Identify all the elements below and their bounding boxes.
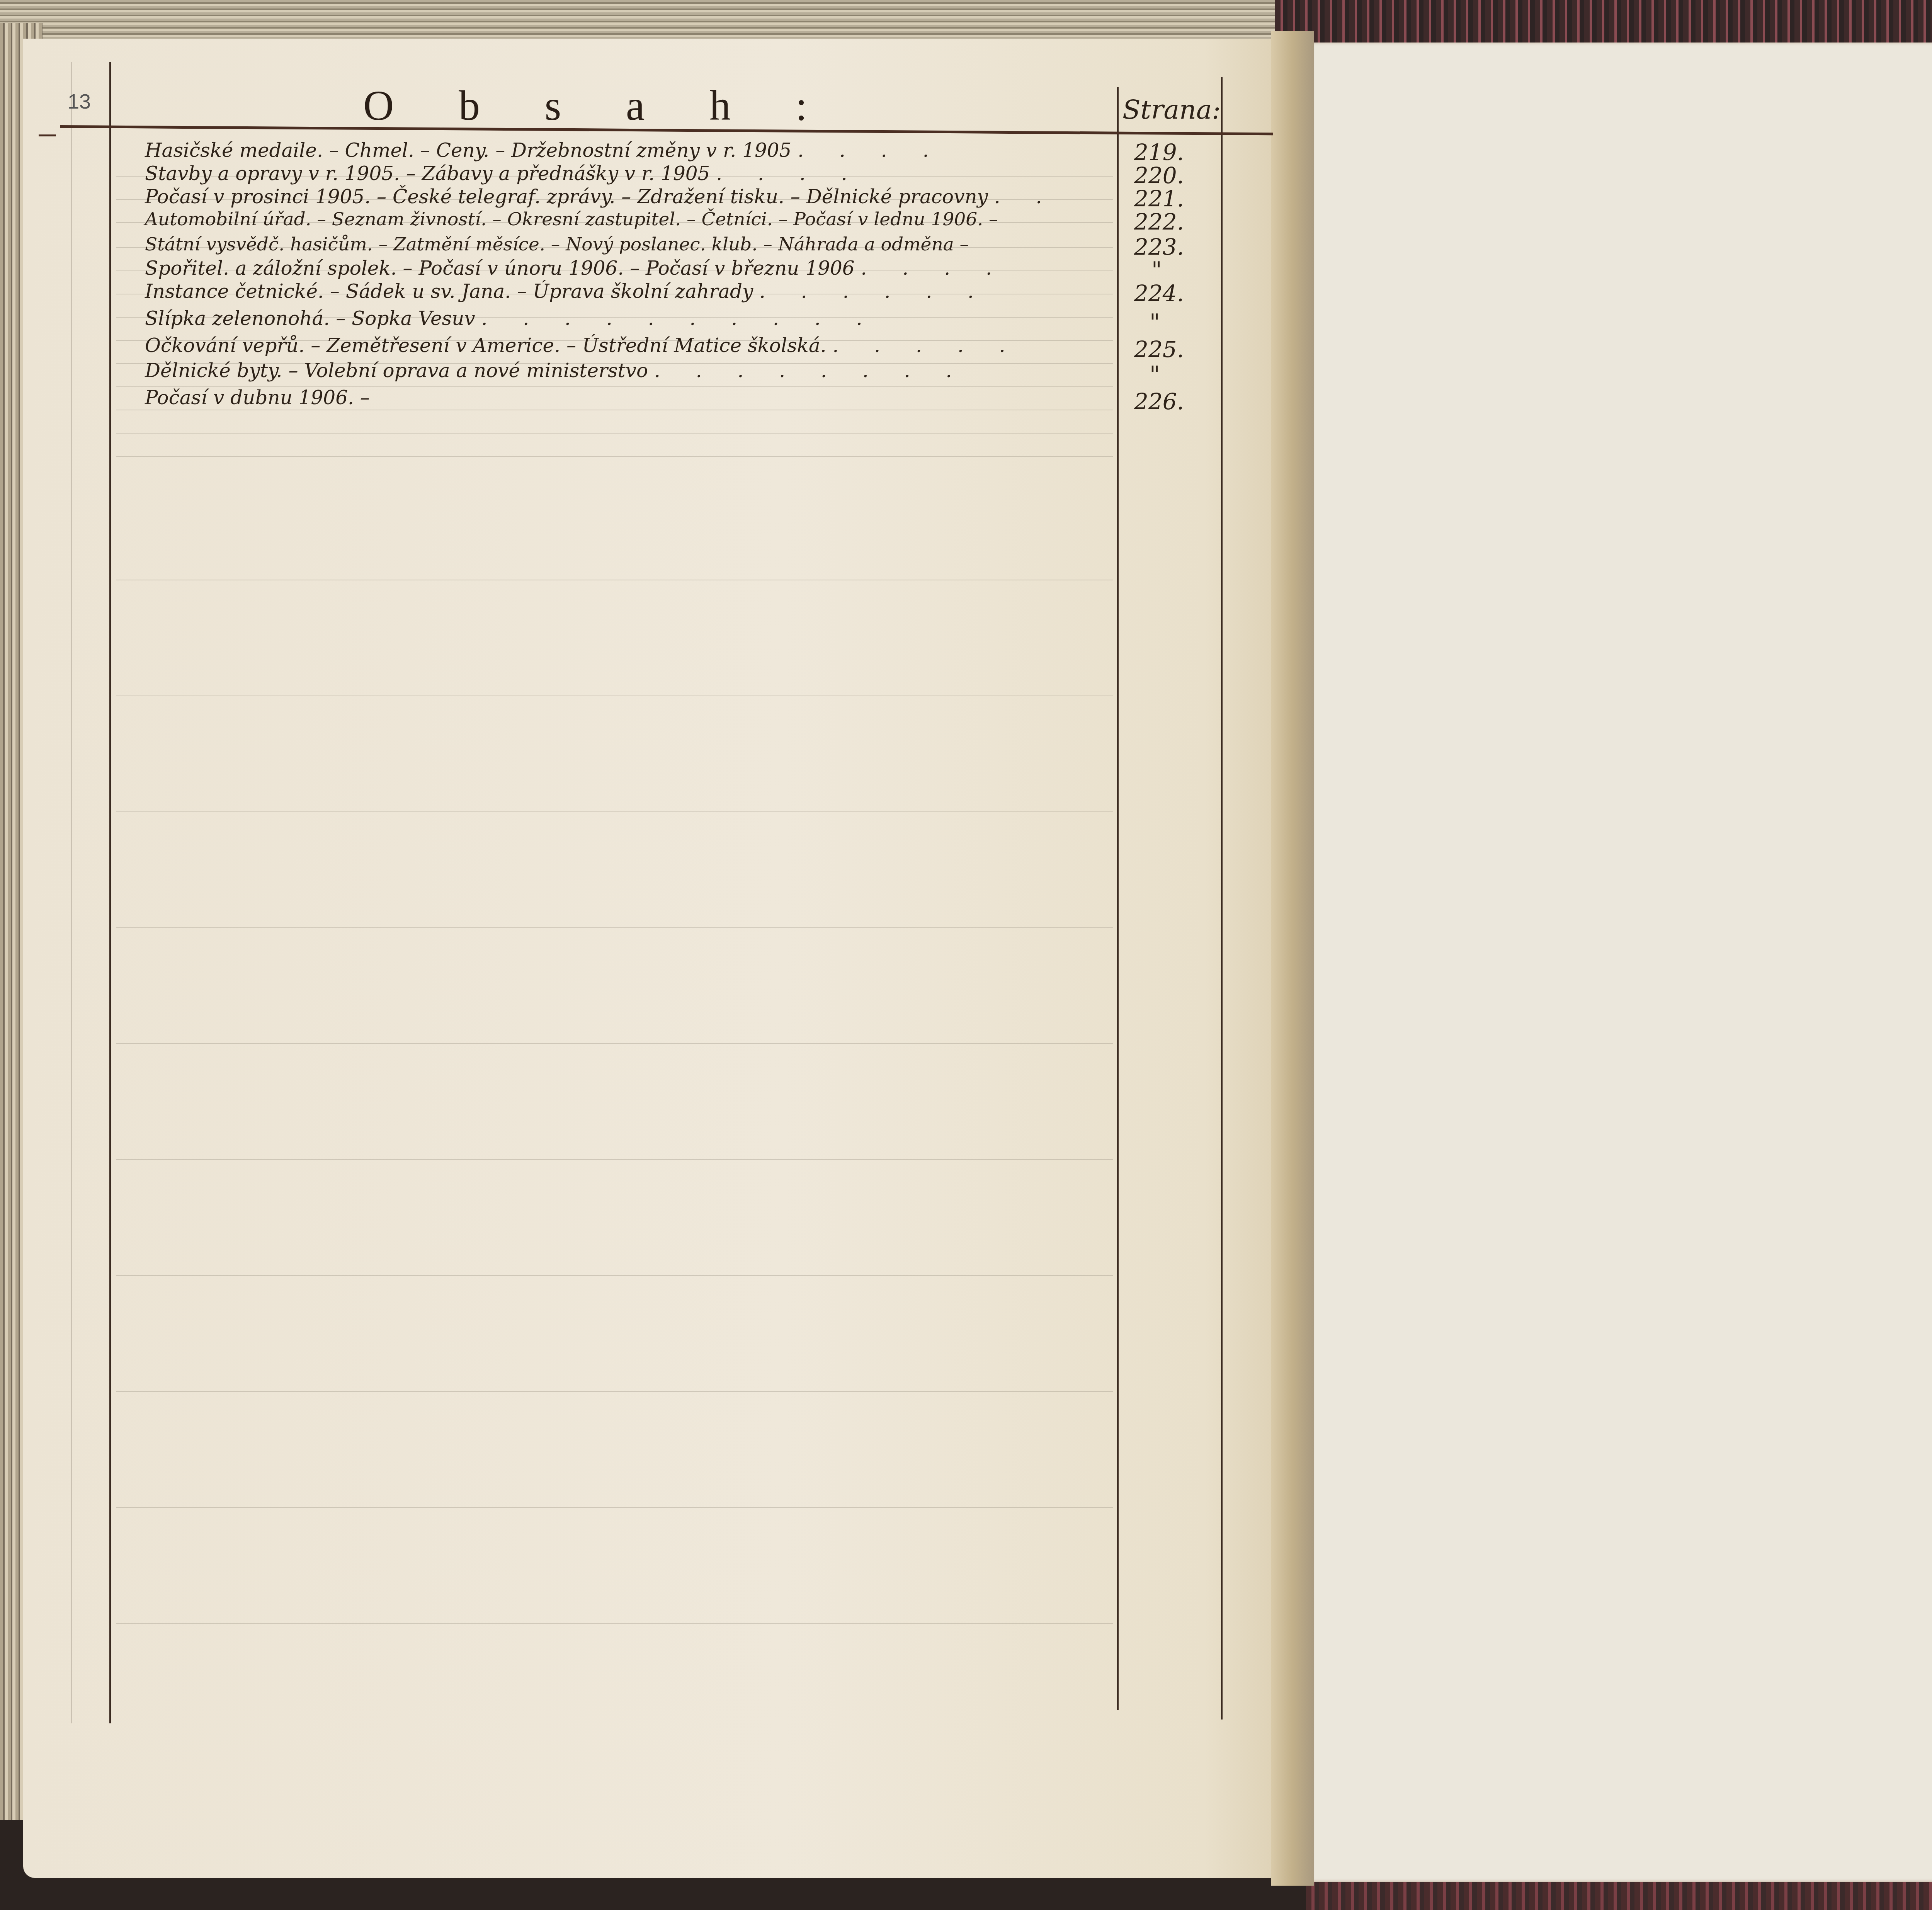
toc-page-number: 220. (1134, 162, 1184, 189)
toc-page-number: 221. (1134, 185, 1184, 212)
toc-entry-text: Dělnické byty. – Volební oprava a nové m… (145, 359, 648, 382)
toc-entry: Počasí v dubnu 1906. – (145, 386, 370, 409)
toc-entry-text: Automobilní úřad. – Seznam živností. – O… (145, 209, 998, 230)
header-rule-tick (39, 134, 56, 136)
right-page-blank (1314, 43, 1932, 1882)
toc-leader: . . . . . . (759, 280, 988, 303)
toc-entry: Automobilní úřad. – Seznam živností. – O… (145, 209, 998, 230)
toc-entry-text: Očkování vepřů. – Zemětřesení v Americe.… (145, 334, 827, 357)
toc-leader: . . . . (798, 139, 943, 162)
toc-page-number: 226. (1134, 388, 1184, 415)
toc-entry: Instance četnické. – Sádek u sv. Jana. –… (145, 280, 988, 303)
toc-page-number: " (1151, 257, 1162, 283)
toc-entry-text: Spořitel. a záložní spolek. – Počasí v ú… (145, 257, 855, 279)
margin-line (109, 62, 111, 1723)
toc-entry: Státní vysvědč. hasičům. – Zatmění měsíc… (145, 234, 969, 255)
toc-entry: Počasí v prosinci 1905. – České telegraf… (145, 185, 1056, 208)
toc-entry: Stavby a opravy v r. 1905. – Zábavy a př… (145, 162, 862, 185)
toc-entry: Očkování vepřů. – Zemětřesení v Americe.… (145, 334, 1020, 357)
toc-leader: . . . . . (833, 334, 1020, 357)
toc-page-number: " (1150, 361, 1160, 388)
toc-leader: . . . . . . . . . . (481, 307, 877, 330)
toc-entry-text: Hasičské medaile. – Chmel. – Ceny. – Drž… (145, 139, 791, 162)
toc-entry-text: Státní vysvědč. hasičům. – Zatmění měsíc… (145, 234, 969, 255)
toc-entry: Hasičské medaile. – Chmel. – Ceny. – Drž… (145, 139, 944, 162)
toc-page-number: " (1150, 309, 1160, 335)
toc-page-number: 224. (1134, 280, 1184, 306)
toc-entry: Dělnické byty. – Volební oprava a nové m… (145, 359, 966, 382)
toc-page-number: 219. (1134, 139, 1184, 165)
book-gutter (1271, 31, 1314, 1886)
toc-entry-text: Instance četnické. – Sádek u sv. Jana. –… (145, 280, 753, 303)
toc-page-number: 225. (1134, 336, 1184, 362)
toc-entry-text: Počasí v dubnu 1906. – (145, 386, 370, 409)
page-title: O b s a h : (363, 81, 834, 130)
outer-margin-line (71, 62, 72, 1723)
folio-number: 13 (68, 90, 91, 114)
book-cover-top (1275, 0, 1932, 46)
toc-page-number: 223. (1134, 234, 1184, 260)
toc-entry-text: Počasí v prosinci 1905. – České telegraf… (145, 185, 988, 208)
toc-leader: . . (994, 185, 1057, 208)
toc-entry: Slípka zelenonohá. – Sopka Vesuv . . . .… (145, 307, 877, 330)
toc-entry-text: Stavby a opravy v r. 1905. – Zábavy a př… (145, 162, 710, 185)
page-column-header: Strana: (1122, 95, 1221, 125)
toc-leader: . . . . . . . . (654, 359, 966, 382)
right-border-line (1221, 77, 1223, 1720)
page-column-line (1117, 87, 1119, 1710)
toc-leader: . . . . (861, 257, 1007, 279)
toc-entry: Spořitel. a záložní spolek. – Počasí v ú… (145, 257, 1007, 279)
toc-entry-text: Slípka zelenonohá. – Sopka Vesuv (145, 307, 475, 330)
toc-page-number: 222. (1134, 209, 1184, 235)
toc-leader: . . . . (716, 162, 862, 185)
